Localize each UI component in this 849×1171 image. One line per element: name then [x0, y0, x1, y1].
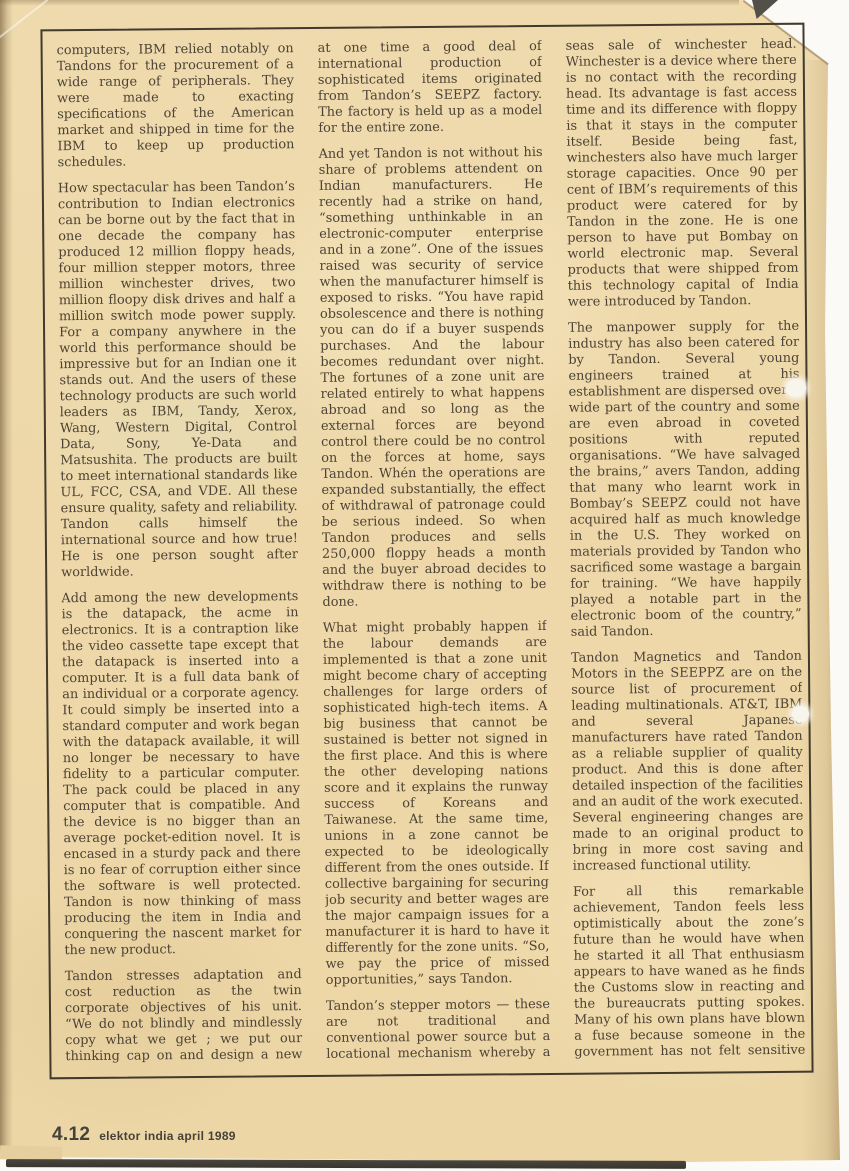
article-paragraph: And yet Tandon is not without his share …: [318, 145, 546, 611]
article-border-frame: computers, IBM relied notably on Tandons…: [40, 23, 813, 1080]
article-paragraph: at one time a good deal of international…: [318, 39, 543, 137]
article-paragraph: How spectacular has been Tandon’s contri…: [58, 179, 298, 581]
page-number: 4.12: [52, 1124, 90, 1146]
text-column-middle: at one time a good deal of international…: [318, 39, 551, 1063]
paper-top-edge-shadow: [0, 0, 739, 6]
article-paragraph: computers, IBM relied notably on Tandons…: [57, 41, 295, 171]
article-paragraph: Tandon Magnetics and Tandon Motors in th…: [571, 649, 804, 875]
scanned-magazine-page: computers, IBM relied notably on Tandons…: [0, 0, 849, 1171]
text-column-right: seas sale of winchester head. Winchester…: [566, 37, 806, 1061]
text-column-left: computers, IBM relied notably on Tandons…: [57, 41, 303, 1065]
article-paragraph: seas sale of winchester head. Winchester…: [566, 37, 799, 311]
article-paragraph: Tandon stresses adaptation and cost redu…: [65, 967, 303, 1065]
scan-bottom-edge-shadow: [6, 1159, 686, 1169]
article-paragraph: For all this remarkable achievement, Tan…: [573, 883, 806, 1061]
article-paragraph: The manpower supply for the industry has…: [568, 319, 802, 641]
paper-left-edge-shadow: [0, 0, 13, 1157]
page-footer: 4.12 elektor india april 1989: [52, 1124, 236, 1146]
journal-name-and-date: elektor india april 1989: [99, 1129, 236, 1143]
paper-damage-spot: [786, 379, 806, 397]
paper-damage-spot: [792, 706, 809, 722]
article-paragraph: What might probably happen if the labour…: [323, 619, 550, 989]
article-paragraph: Add among the new developments is the da…: [61, 589, 301, 959]
article-paragraph: Tandon’s stepper motors — these are not …: [326, 997, 551, 1063]
